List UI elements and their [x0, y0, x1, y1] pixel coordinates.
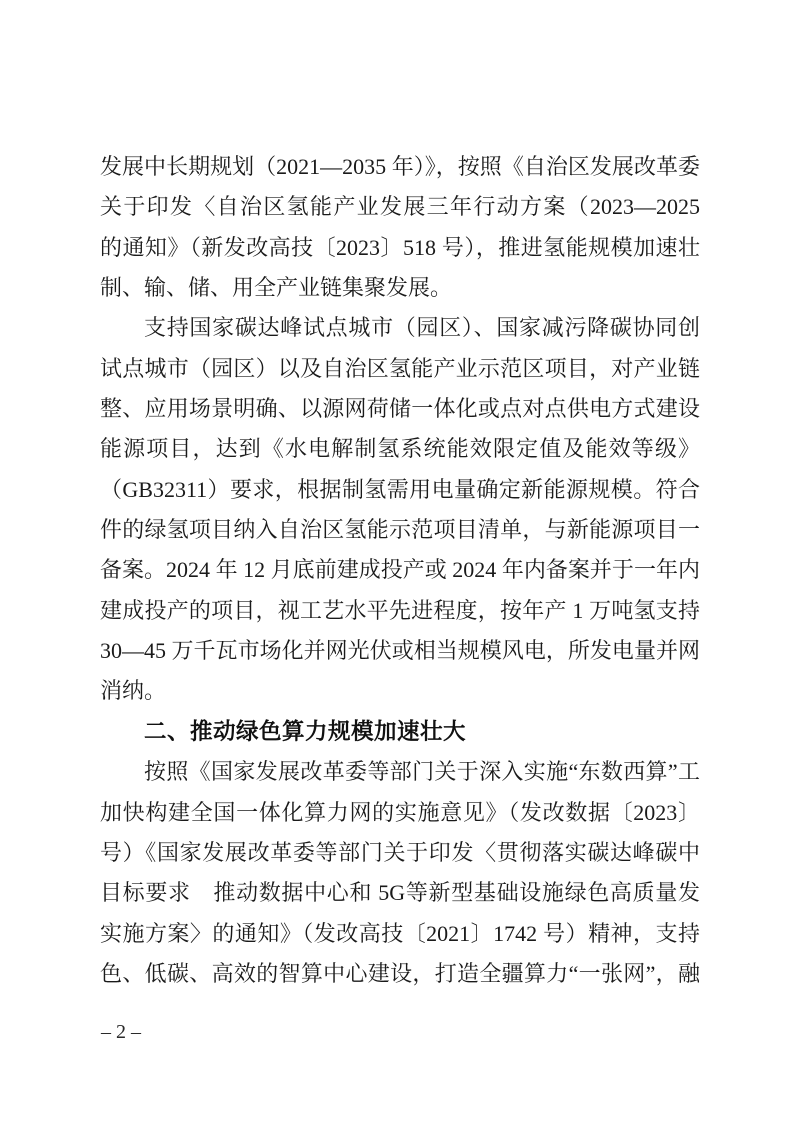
text-line: 色、低碳、高效的智算中心建设，打造全疆算力“一张网”，融入: [100, 954, 700, 994]
text-line: 关于印发〈自治区氢能产业发展三年行动方案（2023—2025 年）〉: [100, 187, 700, 227]
text-line: 的通知》（新发改高技〔2023〕518 号），推进氢能规模加速壮大，: [100, 228, 700, 268]
text-line: 消纳。: [100, 671, 700, 711]
text-line: 号）《国家发展改革委等部门关于印发〈贯彻落实碳达峰碳中和: [100, 833, 700, 873]
text-line: 整、应用场景明确、以源网荷储一体化或点对点供电方式建设新: [100, 389, 700, 429]
text-line: 试点城市（园区）以及自治区氢能产业示范区项目，对产业链完: [100, 349, 700, 389]
text-line: 目标要求 推动数据中心和 5G等新型基础设施绿色高质量发展: [100, 873, 700, 913]
document-page: 发展中长期规划（2021—2035 年）》，按照《自治区发展改革委关于印发〈自治…: [0, 0, 800, 1131]
text-line: 能源项目，达到《水电解制氢系统能效限定值及能效等级》: [100, 429, 700, 469]
text-line: 发展中长期规划（2021—2035 年）》，按照《自治区发展改革委: [100, 147, 700, 187]
text-line: 支持国家碳达峰试点城市（园区）、国家减污降碳协同创新: [100, 308, 700, 348]
text-line: 制、输、储、用全产业链集聚发展。: [100, 268, 700, 308]
text-line: 实施方案〉的通知》（发改高技〔2021〕1742 号）精神，支持绿: [100, 914, 700, 954]
text-line: 件的绿氢项目纳入自治区氢能示范项目清单，与新能源项目一体: [100, 510, 700, 550]
text-line: 建成投产的项目，视工艺水平先进程度，按年产 1 万吨氢支持: [100, 591, 700, 631]
section-heading: 二、推动绿色算力规模加速壮大: [100, 712, 700, 752]
text-line: 30—45 万千瓦市场化并网光伏或相当规模风电，所发电量并网: [100, 631, 700, 671]
text-line: （GB32311）要求，根据制氢需用电量确定新能源规模。符合条: [100, 470, 700, 510]
text-line: 按照《国家发展改革委等部门关于深入实施“东数西算”工程: [100, 752, 700, 792]
page-number: – 2 –: [101, 1020, 141, 1044]
text-line: 加快构建全国一体化算力网的实施意见》（发改数据〔2023〕1779: [100, 793, 700, 833]
text-line: 备案。2024 年 12 月底前建成投产或 2024 年内备案并于一年内: [100, 550, 700, 590]
document-body: 发展中长期规划（2021—2035 年）》，按照《自治区发展改革委关于印发〈自治…: [100, 147, 700, 994]
